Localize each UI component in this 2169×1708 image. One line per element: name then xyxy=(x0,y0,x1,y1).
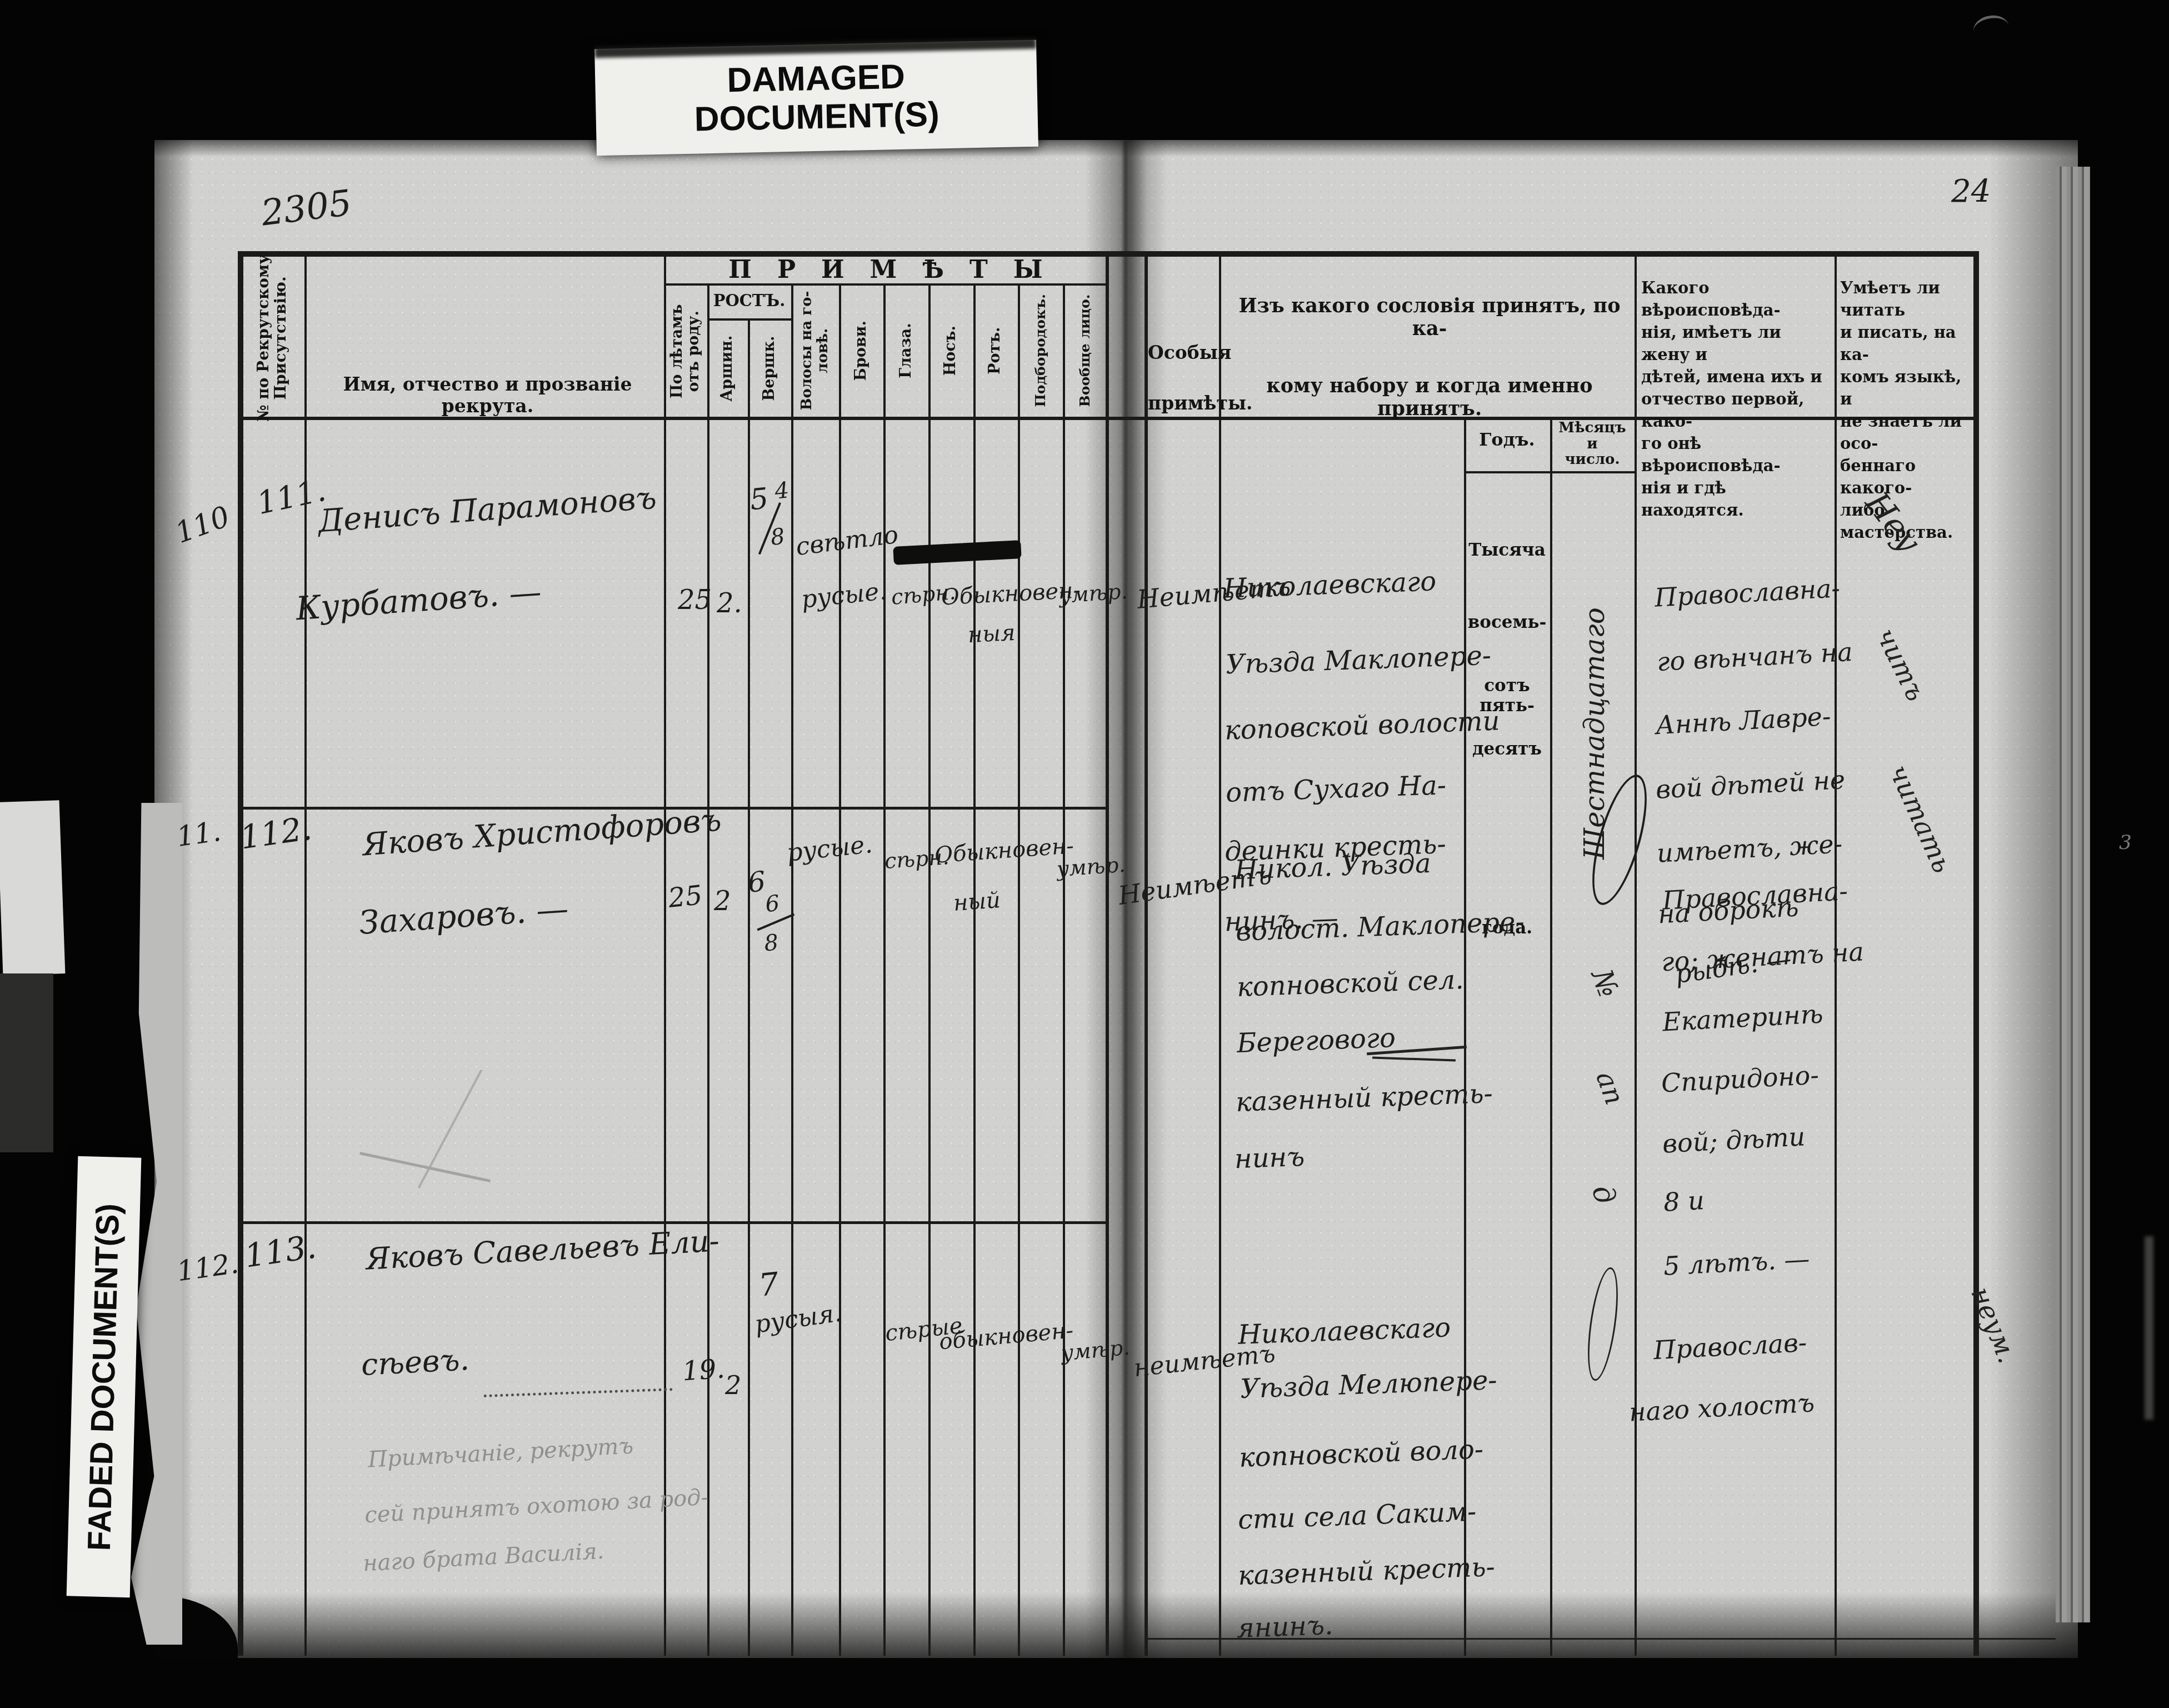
row3-name-line2: сѣевъ. xyxy=(360,1342,469,1382)
header-religion-line: отчество первой, како- xyxy=(1641,388,1831,432)
table-line xyxy=(748,318,750,1656)
row2-estate-line: Берегового xyxy=(1236,1022,1396,1059)
header-mouth: Ротъ. xyxy=(974,286,1017,415)
row-separator-2 xyxy=(238,1221,1108,1224)
row1-vershok-whole: 5 xyxy=(748,482,770,517)
header-religion-line: го онѣ вѣроисповѣда- xyxy=(1641,432,1831,477)
damaged-document-label: DAMAGED DOCUMENT(S) xyxy=(594,40,1038,156)
row1-year-word: сотъ пять- xyxy=(1465,676,1549,716)
header-eyes: Глаза. xyxy=(884,286,927,415)
faded-document-label: FADED DOCUMENT(S) xyxy=(67,1156,142,1598)
row1-vershok-den: 8 xyxy=(769,523,786,550)
label-smear xyxy=(594,38,1036,58)
header-recruit-number-line1: № по Рекрутскому xyxy=(255,254,272,421)
header-month: Мѣсяцъ и число. xyxy=(1551,420,1633,468)
header-month-line2: и xyxy=(1551,436,1633,452)
damaged-label-line2: DOCUMENT(S) xyxy=(694,95,939,139)
header-age: По лѣтамъ отъ роду. xyxy=(665,288,707,414)
left-dark-fragment xyxy=(0,973,53,1152)
table-line xyxy=(928,283,931,1656)
header-religion-line: Какого вѣроисповѣда- xyxy=(1641,277,1831,321)
header-nose-text: Носъ. xyxy=(942,326,959,376)
table-line xyxy=(1464,418,1466,1656)
header-eyes-text: Глаза. xyxy=(897,323,914,378)
header-age-line2: отъ роду. xyxy=(686,304,703,398)
header-religion-line: дѣтей, имена ихъ и xyxy=(1641,366,1831,388)
archive-scan-viewport: DAMAGED DOCUMENT(S) FADED DOCUMENT(S) 23… xyxy=(0,0,2169,1708)
table-line xyxy=(1063,283,1065,1656)
row2-religion-line: 8 и xyxy=(1663,1185,1705,1217)
header-brows: Брови. xyxy=(840,286,882,415)
header-month-line3: число. xyxy=(1551,452,1633,468)
right-margin-mark: 3 xyxy=(2119,831,2132,854)
header-special-line2: примѣты. xyxy=(1148,394,1220,412)
header-name: Имя, отчество и прозваніе рекрута. xyxy=(311,373,664,417)
table-line xyxy=(883,283,886,1656)
header-nose: Носъ. xyxy=(929,286,972,415)
table-border-right xyxy=(1973,253,1979,1656)
header-religion: Какого вѣроисповѣда- нія, имѣетъ ли жену… xyxy=(1641,277,1831,521)
header-arshin: Аршин. xyxy=(708,322,747,414)
header-estate-line2: кому набору и когда именно принятъ. xyxy=(1229,374,1630,420)
row1-mouth: умѣр. xyxy=(1058,579,1128,608)
header-special-marks: Особыя примѣты. xyxy=(1148,343,1220,412)
row2-margin-number: 11. xyxy=(174,815,223,853)
table-line xyxy=(664,253,666,1656)
table-line xyxy=(1464,471,1635,473)
row2-nose-line2: ный xyxy=(952,887,1001,916)
row3-vershok: 7 xyxy=(757,1266,781,1304)
header-chin: Подбородокъ. xyxy=(1019,286,1062,415)
header-hair-line1: Волосы на го- xyxy=(799,291,815,411)
table-line xyxy=(1219,253,1221,1656)
row2-vershok-whole: 6 xyxy=(746,865,767,899)
right-page-left-edge xyxy=(1145,253,1148,1656)
top-right-scratch xyxy=(1971,13,2011,44)
row2-estate-line: нинъ xyxy=(1234,1141,1305,1175)
table-line xyxy=(1018,283,1020,1656)
faded-label-text: FADED DOCUMENT(S) xyxy=(81,1203,127,1551)
row2-vershok-num: 6 xyxy=(764,891,781,917)
row1-month-entry: Шестнадцатаго xyxy=(1556,522,1633,945)
header-face: Вообще лицо. xyxy=(1064,286,1107,415)
row1-nose-line2: ныя xyxy=(967,620,1016,648)
header-estate: Изъ какого сословія принятъ, по ка- кому… xyxy=(1229,294,1630,420)
row1-year-word: Тысяча xyxy=(1465,540,1549,560)
row2-age: 25 xyxy=(667,880,704,914)
left-page-right-edge xyxy=(1106,253,1109,1656)
header-face-text: Вообще лицо. xyxy=(1078,294,1093,407)
header-literacy-line: комъ языкѣ, и xyxy=(1840,366,1972,410)
row2-arshin: 2 xyxy=(714,886,731,917)
header-brows-text: Брови. xyxy=(853,321,869,381)
row3-estate-line: янинъ. xyxy=(1236,1610,1333,1644)
row1-year-word: десятъ xyxy=(1465,739,1549,759)
header-vershok: Вершк. xyxy=(749,322,790,414)
table-line xyxy=(707,283,709,1656)
header-religion-line: нія и гдѣ находятся. xyxy=(1641,477,1831,521)
row3-arshin: 2 xyxy=(725,1370,741,1400)
header-religion-line: нія, имѣетъ ли жену и xyxy=(1641,321,1831,366)
table-line xyxy=(1550,418,1552,1656)
header-arshin-text: Аршин. xyxy=(719,335,736,401)
header-special-line1: Особыя xyxy=(1148,343,1220,362)
header-recruit-number: № по Рекрутскому Присутствію. xyxy=(240,260,304,416)
header-hair-line2: ловѣ. xyxy=(815,291,831,411)
header-year: Годъ. xyxy=(1465,429,1549,450)
header-primety-title: ПРИМѢТЫ xyxy=(672,256,1108,284)
header-month-line1: Мѣсяцъ xyxy=(1551,420,1633,436)
header-hair: Волосы на го- ловѣ. xyxy=(792,286,838,415)
header-literacy-line: не знаетъ ли осо- xyxy=(1840,410,1972,455)
row3-age: 19. xyxy=(681,1353,726,1387)
right-margin-smudge xyxy=(2145,1236,2153,1420)
left-paper-tab xyxy=(0,800,65,976)
header-rost: РОСТЪ. xyxy=(707,291,791,310)
header-literacy: Умѣетъ ли читать и писать, на ка- комъ я… xyxy=(1840,277,1972,543)
header-literacy-line: и писать, на ка- xyxy=(1840,321,1972,366)
header-recruit-number-line2: Присутствію. xyxy=(272,254,289,421)
row2-vershok-den: 8 xyxy=(763,930,779,956)
row1-vershok-num: 4 xyxy=(773,477,790,504)
row2-mouth: умѣр. xyxy=(1056,852,1126,882)
table-line xyxy=(1635,253,1637,1656)
table-border-top xyxy=(238,251,1979,257)
header-mouth-text: Ротъ. xyxy=(987,327,1004,374)
header-vershok-text: Вершк. xyxy=(761,336,778,401)
header-age-line1: По лѣтамъ xyxy=(669,304,686,398)
page-number-right: 24 xyxy=(1951,173,1991,209)
header-estate-line1: Изъ какого сословія принятъ, по ка- xyxy=(1229,294,1630,340)
table-border-left xyxy=(238,253,243,1656)
table-line xyxy=(304,253,307,1656)
row1-year-word: восемь- xyxy=(1465,612,1549,632)
row1-month-text: Шестнадцатаго xyxy=(1579,607,1610,860)
table-line xyxy=(839,283,841,1656)
header-chin-text: Подбородокъ. xyxy=(1033,294,1048,407)
row1-arshin: 2. xyxy=(717,588,742,619)
damaged-label-line1: DAMAGED xyxy=(727,57,906,99)
row1-age: 25 xyxy=(678,585,712,616)
header-literacy-line: Умѣетъ ли читать xyxy=(1840,277,1972,321)
header-literacy-line: беннаго какого- xyxy=(1840,455,1972,499)
table-line xyxy=(973,283,976,1656)
table-line xyxy=(707,318,791,321)
